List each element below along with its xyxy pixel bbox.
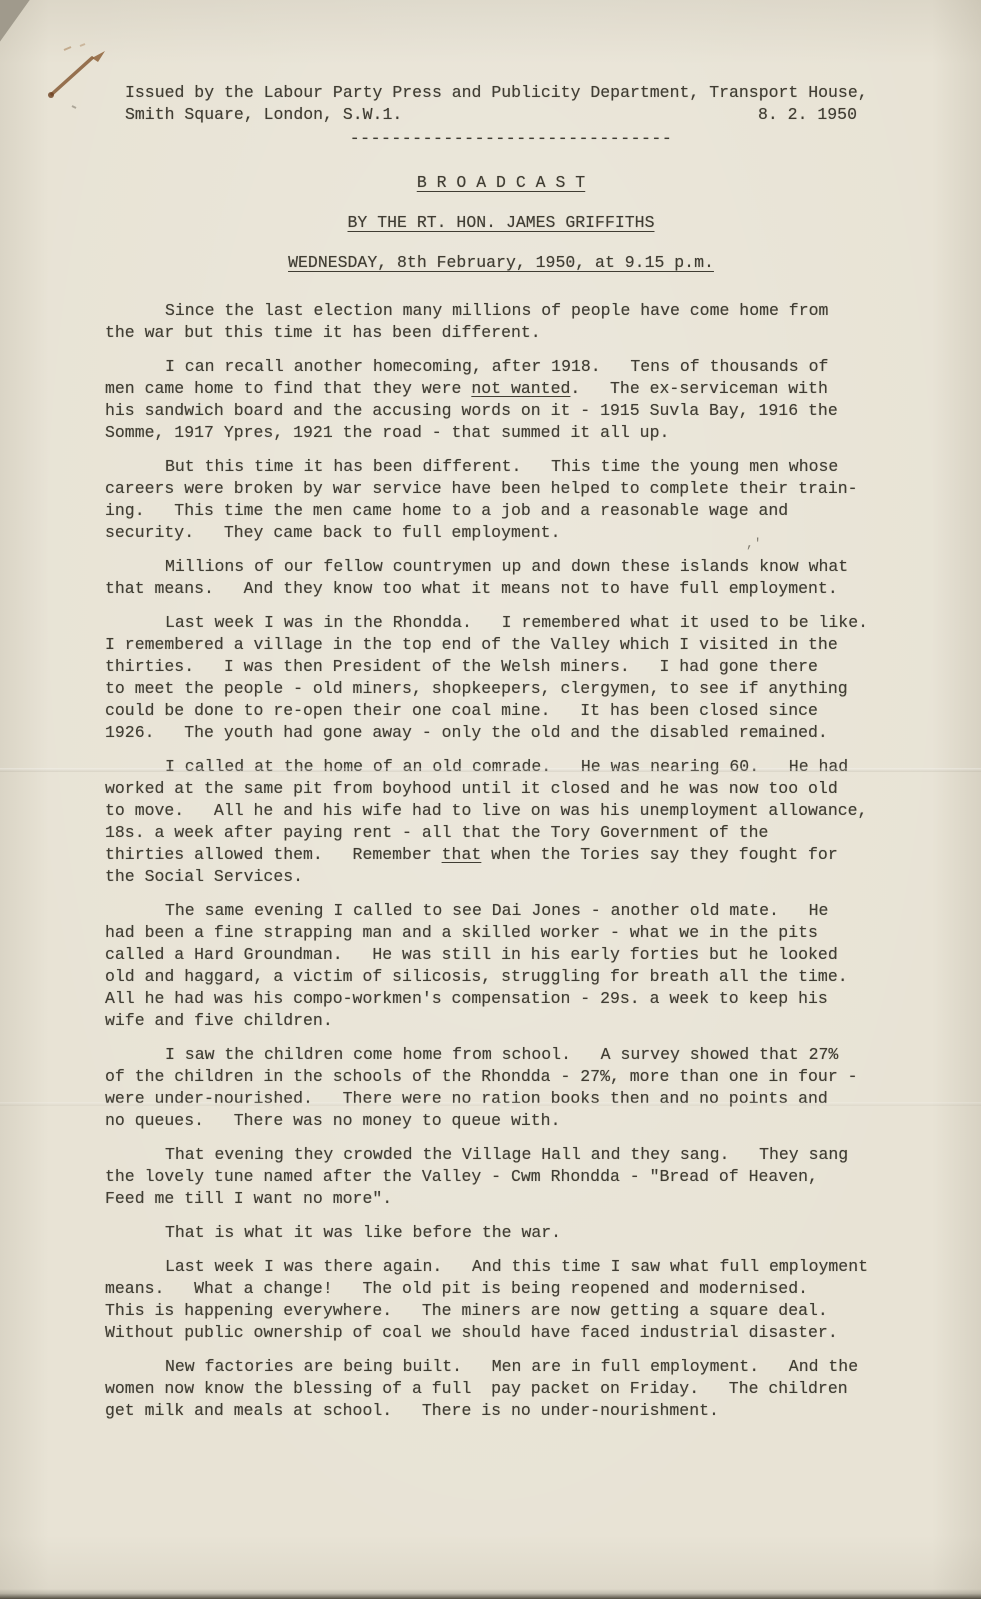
byline-title: BY THE RT. HON. JAMES GRIFFITHS: [105, 212, 897, 234]
main-title: B R O A D C A S T: [105, 172, 897, 194]
fold-crease: [0, 768, 981, 772]
typewritten-content: Issued by the Labour Party Press and Pub…: [105, 0, 897, 1434]
paragraph: Last week I was in the Rhondda. I rememb…: [105, 612, 897, 744]
page-bottom-edge: [0, 1589, 981, 1599]
paragraph: But this time it has been different. Thi…: [105, 456, 897, 544]
paragraph: I called at the home of an old comrade. …: [105, 756, 897, 888]
document-page: ,' Issued by the Labour Party Press and …: [0, 0, 981, 1599]
fold-crease: [0, 1102, 981, 1106]
paragraph: Since the last election many millions of…: [105, 300, 897, 344]
paragraph: Last week I was there again. And this ti…: [105, 1256, 897, 1344]
broadcast-datetime-title: WEDNESDAY, 8th February, 1950, at 9.15 p…: [105, 252, 897, 274]
issuer-line-2: Smith Square, London, S.W.1. 8. 2. 1950: [125, 104, 897, 126]
paragraph: That is what it was like before the war.: [105, 1222, 897, 1244]
document-date: 8. 2. 1950: [758, 104, 897, 126]
paragraph: I saw the children come home from school…: [105, 1044, 897, 1132]
issuer-line-1: Issued by the Labour Party Press and Pub…: [125, 82, 897, 104]
issuer-header: Issued by the Labour Party Press and Pub…: [125, 82, 897, 150]
speech-body: Since the last election many millions of…: [105, 300, 897, 1422]
dashed-separator: -------------------------------: [125, 128, 897, 150]
paragraph: That evening they crowded the Village Ha…: [105, 1144, 897, 1210]
issuer-address: Smith Square, London, S.W.1.: [125, 104, 402, 126]
title-block: B R O A D C A S T BY THE RT. HON. JAMES …: [105, 172, 897, 274]
paragraph: New factories are being built. Men are i…: [105, 1356, 897, 1422]
paragraph: The same evening I called to see Dai Jon…: [105, 900, 897, 1032]
paragraph: I can recall another homecoming, after 1…: [105, 356, 897, 444]
paragraph: Millions of our fellow countrymen up and…: [105, 556, 897, 600]
cut-corner-backdrop: [0, 0, 30, 42]
